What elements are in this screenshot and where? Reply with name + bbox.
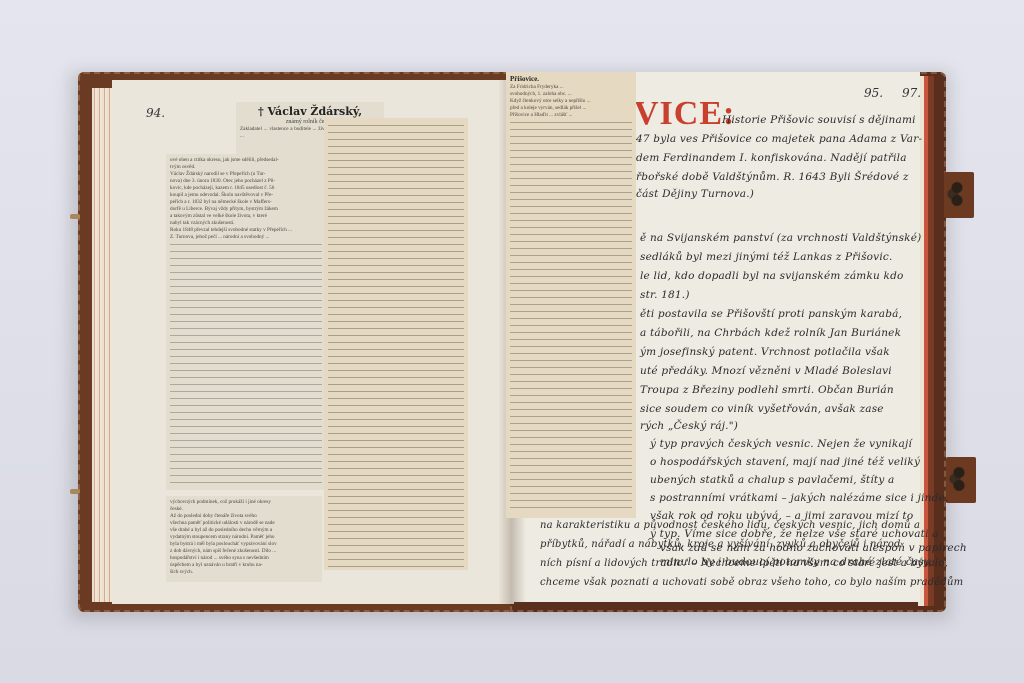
handwritten-line: sice soudem co viník vyšetřován, avšak z… — [640, 403, 884, 415]
handwritten-line: Troupa z Březiny podlehl smrti. Občan Bu… — [640, 384, 894, 396]
handwritten-line: ních písní a lidových tradic.' – Nechcem… — [540, 558, 948, 569]
handwritten-line: příbytků, nářadí a nábytků, kroje a vyší… — [540, 539, 901, 550]
clip-line: kovic, kde pocházejí, kazem r. 1845 used… — [170, 185, 322, 192]
clip-line: svobodných, 1. zaloha obc. ... — [510, 91, 632, 98]
handwritten-line: ý typ pravých českých vesnic. Nejen že v… — [650, 438, 912, 450]
clip-line: vydatným stoupencem strany národní. Pamě… — [170, 534, 318, 541]
page-edges-left — [92, 88, 112, 602]
handwritten-line: a tábořili, na Chrbách kdež rolník Jan B… — [640, 327, 901, 339]
handwritten-line: dem Ferdinandem I. konfiskována. Nadějí … — [636, 152, 907, 164]
clip-line: Když čtenkový otce selky a nepřišlo ... — [510, 98, 632, 105]
handwritten-line: Historie Přišovic souvisí s dějinami — [722, 114, 916, 126]
handwritten-line: o hospodářských stavení, mají nad jiné t… — [650, 456, 920, 468]
clipping-title: † Václav Ždárský, — [240, 105, 380, 118]
clip-line: Z. Turnova, jehož pečí ... národní a svo… — [170, 234, 322, 241]
clip-line: dorfě u Liberce. Bývaj vždy přítym, byst… — [170, 206, 322, 213]
handwritten-line: ubených statků a chalup s pavlačemi, ští… — [650, 474, 894, 486]
clip-line: vše drahé a byl až do posledního dechu v… — [170, 527, 318, 534]
clipping-inverted-lines — [328, 121, 464, 567]
clip-line: výchovných podmínek, což prokáží i jiné … — [170, 499, 318, 506]
handwritten-line: s postranními vrátkami – jakých nalézáme… — [650, 492, 949, 504]
clip-line: Až do poslední doby čtenáře života svého — [170, 513, 318, 520]
clasp-upper — [944, 172, 974, 218]
ornament-icon — [949, 463, 969, 495]
ornament-icon — [947, 178, 967, 210]
clip-line: byla bystrá i měl byla posloucháť vypráv… — [170, 541, 318, 548]
clip-line: české. — [170, 506, 318, 513]
handwritten-line: na karakteristiku a původnost českého li… — [540, 520, 920, 531]
clip-line: nova) dne 3. února 1830. Otec jeho pochá… — [170, 178, 322, 185]
clip-line: všechna paměť politické události v národ… — [170, 520, 318, 527]
clip-line: ové ohen a ctítka okresu, jak jsme sděli… — [170, 157, 322, 164]
clipping-body-lines — [170, 244, 322, 484]
handwritten-line: ě na Svijanském panství (za vrchnosti Va… — [640, 232, 921, 244]
handwritten-line: str. 181.) — [640, 289, 690, 301]
handwritten-line: le lid, kdo dopadli byl na svijanském zá… — [640, 270, 904, 282]
clipping-bottom: výchovných podmínek, což prokáží i jiné … — [166, 496, 322, 582]
handwritten-line: řbořské době Valdštýnům. R. 1643 Byli Šr… — [636, 171, 909, 183]
clip-line: nabyl tak vzácných zkušeností. — [170, 220, 322, 227]
left-page-number: 94. — [146, 106, 165, 120]
handwritten-line: chceme však poznati a uchovati sobě obra… — [540, 577, 963, 588]
clip-line: ších svých. — [170, 569, 318, 576]
handwritten-line: ěti postavila se Přišovští proti panským… — [640, 308, 902, 320]
next-page-number: 97. — [902, 86, 921, 100]
handwritten-line: sedláků byl mezi jinými též Lankas z Při… — [640, 251, 893, 263]
clip-line: Přišovice a Hlaďit ... zvlášť ... — [510, 112, 632, 119]
clip-line: peřích a r. 1832 byl na německé škole v … — [170, 199, 322, 206]
clasp-pin-lower — [70, 489, 80, 494]
page-edges-right — [918, 76, 934, 606]
handwritten-line: ým josefinský patent. Vrchnost potlačila… — [640, 346, 890, 358]
clip-line: Roku 1848 převzal tehdejší svobodné stat… — [170, 227, 322, 234]
clip-line: před a koleje vyrván, sedlák přišel ... — [510, 105, 632, 112]
clip-line: a takovým zůstal ve velké škole života, … — [170, 213, 322, 220]
clip-line: z dob dávných, nám spíš řečené zkušenost… — [170, 548, 318, 555]
clip-line: Za Fridricha Fryderyka ... — [510, 84, 632, 91]
clipping-prisovice: Přišovice. Za Fridricha Fryderyka ... sv… — [506, 72, 636, 518]
clipping-main: ové ohen a ctítka okresu, jak jsme sděli… — [166, 154, 326, 490]
clipping-prisovice-lines — [510, 122, 632, 512]
clip-line: tvým osvěd. — [170, 164, 322, 171]
clipping-inverted — [324, 118, 468, 570]
clasp-lower — [946, 457, 976, 503]
clasp-pin-upper — [70, 214, 80, 219]
clip-line: hospodářství i národ ... svého syna s ne… — [170, 555, 318, 562]
red-heading: VICE: — [634, 95, 735, 133]
clipping-prisovice-title: Přišovice. — [510, 75, 632, 84]
clip-line: úspěchem a byl uznáván u bratří v kruhu … — [170, 562, 318, 569]
handwritten-line: rých „Český ráj.") — [640, 420, 738, 432]
right-page-number: 95. — [864, 86, 883, 100]
clip-line: koupil a jemu odevzdal. Školu navštěvova… — [170, 192, 322, 199]
handwritten-line: uté předáky. Mnozí vězněni v Mladé Boles… — [640, 365, 892, 377]
clip-line: Václav Ždárský narodil se v Přepeřích (u… — [170, 171, 322, 178]
handwritten-line: 47 byla ves Přišovice co majetek pana Ad… — [636, 133, 922, 145]
handwritten-line: část Dějiny Turnova.) — [636, 188, 754, 200]
